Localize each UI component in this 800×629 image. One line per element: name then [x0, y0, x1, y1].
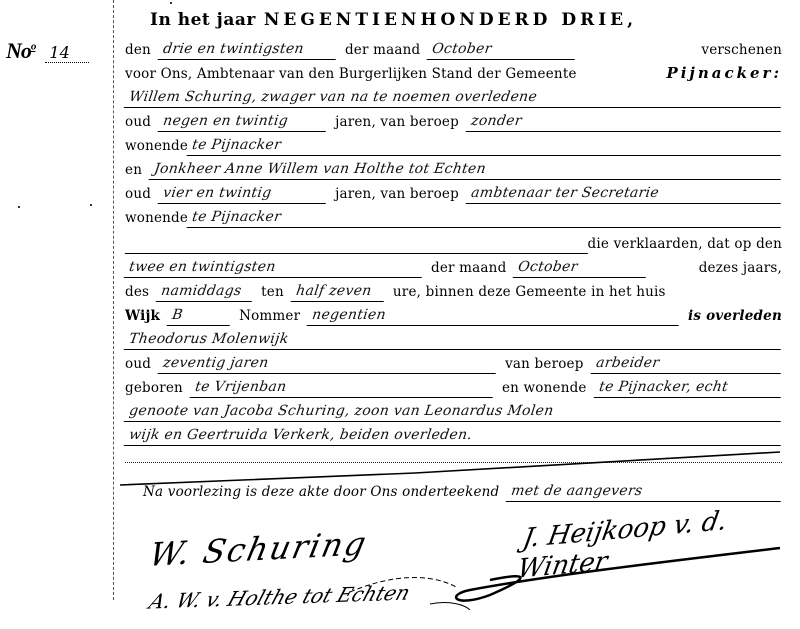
- blank-fill: [125, 251, 588, 254]
- date-of-death-line: twee en twintigsten der maand October de…: [125, 256, 782, 278]
- label-oud: oud: [125, 356, 151, 374]
- deceased-occupation: arbeider: [590, 355, 783, 374]
- house-number: negentien: [307, 307, 681, 326]
- spouse-parents-line: genoote van Jacoba Schuring, zoon van Le…: [125, 400, 782, 422]
- deceased-residence: te Pijnacker, echt: [593, 379, 783, 398]
- number-sign: Noo: [6, 38, 35, 64]
- closing-line: Na voorlezing is deze akte door Ons onde…: [125, 480, 782, 502]
- label-der-maand: der maand: [431, 260, 506, 278]
- ward-value: B: [167, 307, 233, 326]
- hour-of-death: half zeven: [291, 283, 387, 302]
- declaration-month: October: [427, 41, 578, 60]
- place-text: ure, binnen deze Gemeente in het huis: [393, 284, 666, 302]
- address-line: Wijk B Nommer negentien is overleden: [125, 304, 782, 326]
- statement-text: die verklaarden, dat op den: [588, 236, 782, 254]
- label-jaren-beroep: jaren, van beroep: [335, 114, 459, 132]
- registrar-text: voor Ons, Ambtenaar van den Burgerlijken…: [125, 66, 577, 84]
- label-dezes-jaars: dezes jaars,: [699, 260, 782, 278]
- declaration-statement-line: die verklaarden, dat op den: [125, 232, 782, 254]
- record-number-value: 14: [45, 43, 89, 63]
- record-number: Noo 14: [6, 38, 89, 64]
- first-declarant-age-line: oud negen en twintig jaren, van beroep z…: [125, 110, 782, 132]
- closing-text: Na voorlezing is deze akte door Ons onde…: [125, 484, 499, 502]
- municipality-name: Pijnacker:: [666, 64, 782, 84]
- first-declarant-occupation: zonder: [466, 113, 784, 132]
- deceased-name-line: Theodorus Molenwijk: [125, 328, 782, 350]
- signature-first-declarant: W. Schuring: [146, 524, 371, 574]
- label-geboren: geboren: [125, 380, 183, 398]
- death-certificate-page: Noo 14 In het jaar NEGENTIENHONDERD DRIE…: [0, 0, 800, 629]
- heading-year: NEGENTIENHONDERD DRIE,: [264, 10, 637, 32]
- second-declarant-occupation: ambtenaar ter Secretarie: [466, 185, 784, 204]
- second-declarant-line: en Jonkheer Anne Willem van Holthe tot E…: [125, 158, 782, 180]
- stray-mark: [18, 206, 20, 208]
- first-declarant-name: Willem Schuring, zwager van na te noemen…: [124, 89, 784, 108]
- death-day: twee en twintigsten: [124, 259, 425, 278]
- deceased-birthplace-line: geboren te Vrijenban en wonende te Pijna…: [125, 376, 782, 398]
- declaration-day: drie en twintigsten: [158, 41, 339, 60]
- label-van-beroep: van beroep: [505, 356, 584, 374]
- signature-flourish-left: [350, 570, 460, 600]
- registrar-line: voor Ons, Ambtenaar van den Burgerlijken…: [125, 62, 782, 84]
- death-month: October: [513, 259, 649, 278]
- spouse-and-father: genoote van Jacoba Schuring, zoon van Le…: [124, 403, 784, 422]
- label-is-overleden: is overleden: [688, 308, 782, 326]
- label-den: den: [125, 42, 151, 60]
- second-declarant-age: vier en twintig: [158, 185, 329, 204]
- signature-flourish: [430, 520, 800, 610]
- first-declarant-age: negen en twintig: [158, 113, 329, 132]
- label-ten: ten: [261, 284, 284, 302]
- time-of-death-line: des namiddags ten half zeven ure, binnen…: [125, 280, 782, 302]
- date-of-declaration-line: den drie en twintigsten der maand Octobe…: [125, 38, 782, 60]
- second-declarant-residence-line: wonende te Pijnacker: [125, 206, 782, 228]
- label-en: en: [125, 162, 142, 180]
- label-des: des: [125, 284, 149, 302]
- deceased-age-line: oud zeventig jaren van beroep arbeider: [125, 352, 782, 374]
- signed-with: met de aangevers: [506, 483, 783, 502]
- first-declarant-residence: te Pijnacker: [187, 137, 784, 156]
- deceased-age: zeventig jaren: [158, 355, 499, 374]
- label-wonende: wonende: [125, 210, 188, 228]
- label-wonende: wonende: [125, 138, 188, 156]
- margin-perforation: [113, 0, 114, 600]
- label-nommer: Nommer: [239, 308, 300, 326]
- label-verschenen: verschenen: [701, 42, 782, 60]
- label-oud: oud: [125, 186, 151, 204]
- label-wijk: Wijk: [125, 308, 160, 326]
- deceased-name: Theodorus Molenwijk: [124, 331, 784, 350]
- label-der-maand: der maand: [345, 42, 420, 60]
- label-oud: oud: [125, 114, 151, 132]
- stray-mark: [170, 2, 172, 4]
- first-declarant-residence-line: wonende te Pijnacker: [125, 134, 782, 156]
- second-declarant-residence: te Pijnacker: [187, 209, 784, 228]
- second-declarant-name: Jonkheer Anne Willem van Holthe tot Echt…: [149, 161, 784, 180]
- stray-mark: [90, 204, 92, 206]
- time-of-day: namiddags: [156, 283, 255, 302]
- heading-line: In het jaar NEGENTIENHONDERD DRIE,: [150, 10, 782, 32]
- label-jaren-beroep: jaren, van beroep: [335, 186, 459, 204]
- first-declarant-line: Willem Schuring, zwager van na te noemen…: [125, 86, 782, 108]
- second-declarant-age-line: oud vier en twintig jaren, van beroep am…: [125, 182, 782, 204]
- heading-prefix: In het jaar: [150, 10, 256, 32]
- deceased-birthplace: te Vrijenban: [190, 379, 496, 398]
- label-en-wonende: en wonende: [502, 380, 587, 398]
